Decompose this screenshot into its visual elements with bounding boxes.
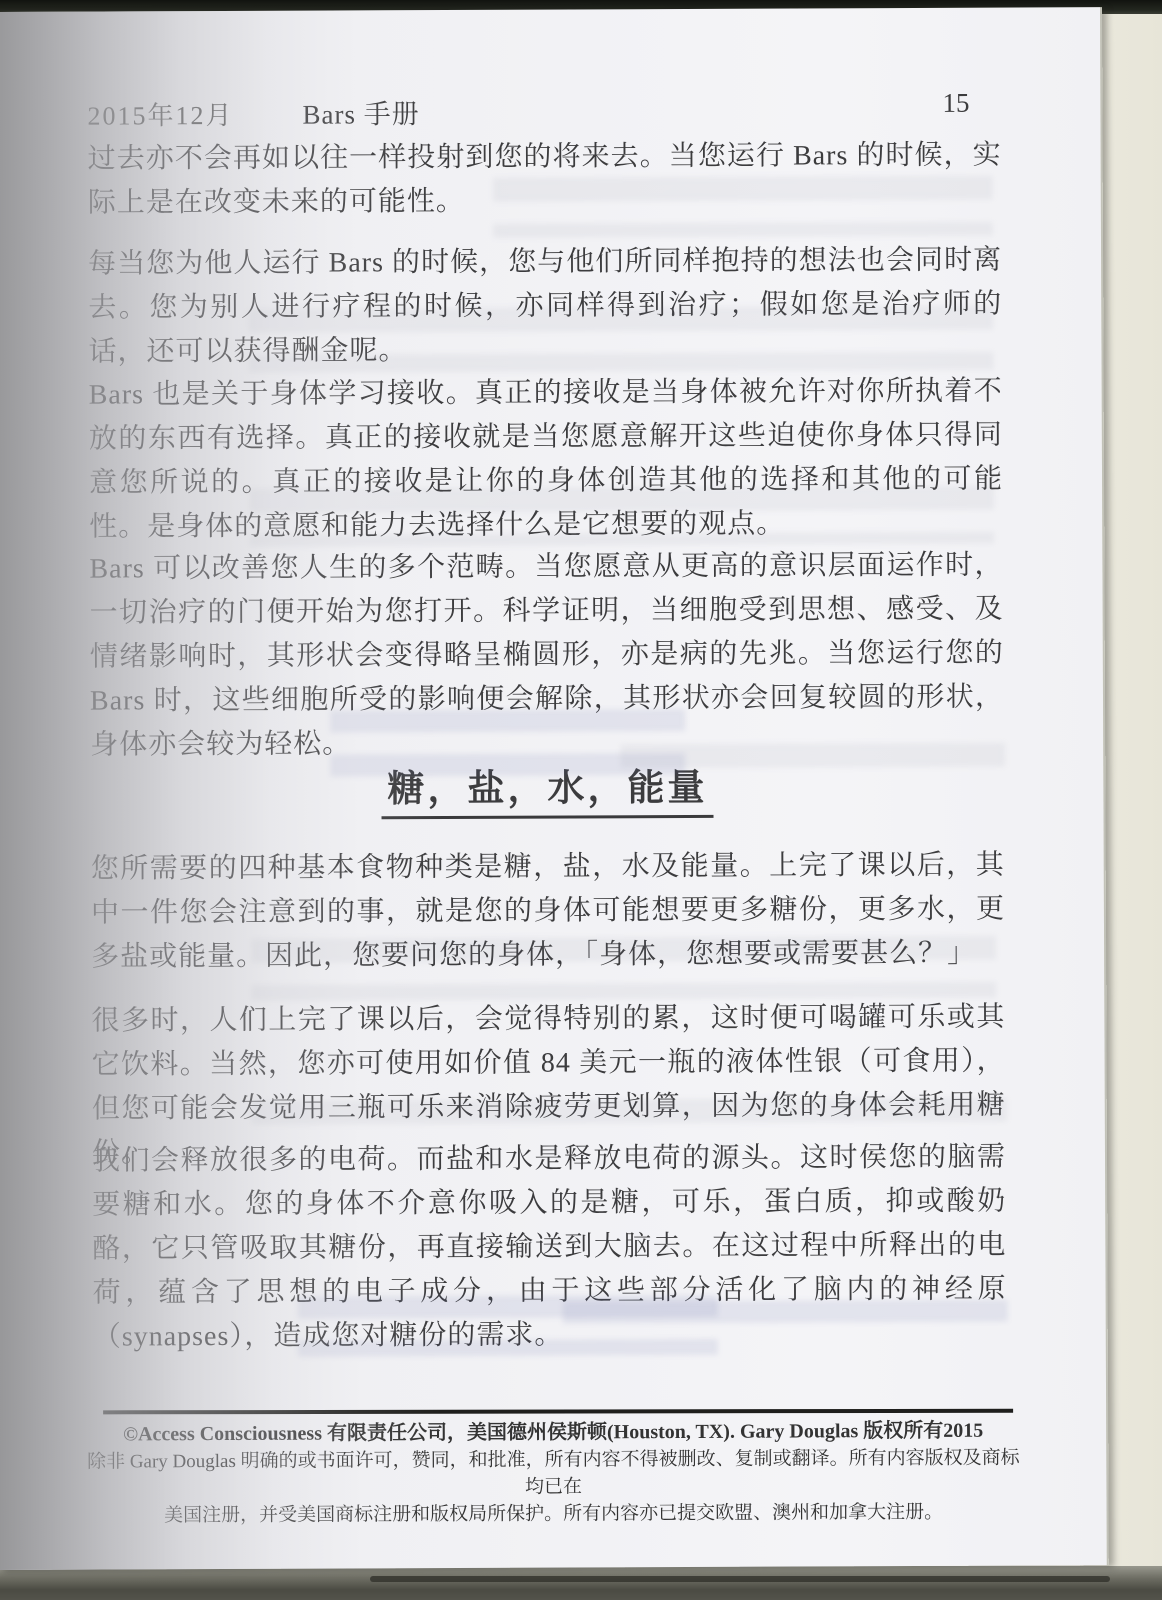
footer-line-2: 除非 Gary Douglas 明确的或书面许可，赞同，和批准，所有内容不得被删… — [78, 1444, 1028, 1502]
section-heading-text: 糖，盐，水，能量 — [381, 768, 713, 819]
scanned-page: 2015年12月 Bars 手册 15 过去亦不会再如以往一样投射到您的将来去。… — [0, 7, 1109, 1570]
page-content: 2015年12月 Bars 手册 15 过去亦不会再如以往一样投射到您的将来去。… — [0, 7, 1107, 1570]
footer-divider-rule — [103, 1409, 1013, 1415]
paragraph: 每当您为他人运行 Bars 的时候，您与他们所同样抱持的想法也会同时离去。您为别… — [88, 239, 1003, 375]
footer-line-1: ©Access Consciousness 有限责任公司，美国德州侯斯顿(Hou… — [78, 1417, 1028, 1448]
paragraph: Bars 也是关于身体学习接收。真正的接收是当身体被允许对你所执着不放的东西有选… — [89, 370, 1004, 550]
header-title: Bars 手册 — [302, 92, 419, 132]
paragraph: 我们会释放很多的电荷。而盐和水是释放电荷的源头。这时侯您的脑需要糖和水。您的身体… — [92, 1136, 1007, 1360]
scanner-bottom-edge — [0, 1566, 1162, 1600]
footer-copyright: ©Access Consciousness 有限责任公司，美国德州侯斯顿(Hou… — [78, 1417, 1028, 1529]
header-date: 2015年12月 — [87, 95, 233, 133]
paragraph: 过去亦不会再如以往一样投射到您的将来去。当您运行 Bars 的时候，实际上是在改… — [88, 134, 1002, 226]
page-bottom-edge-shadow — [370, 1576, 1110, 1582]
footer-line-3: 美国注册，并受美国商标注册和版权局所保护。所有内容亦已提交欧盟、澳州和加拿大注册… — [79, 1498, 1029, 1529]
page-number: 15 — [942, 88, 969, 119]
paragraph: 您所需要的四种基本食物种类是糖，盐，水及能量。上完了课以后，其中一件您会注意到的… — [91, 844, 1006, 980]
paragraph: Bars 可以改善您人生的多个范畴。当您愿意从更高的意识层面运作时，一切治疗的门… — [89, 544, 1004, 768]
section-heading: 糖，盐，水，能量 — [0, 755, 1099, 814]
